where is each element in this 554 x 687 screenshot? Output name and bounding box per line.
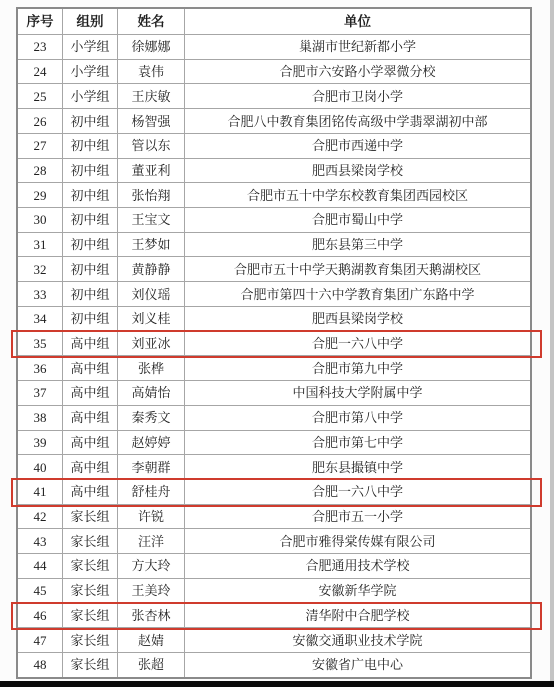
cell-group: 初中组 <box>62 257 117 281</box>
cell-group: 家长组 <box>62 554 117 578</box>
cell-name: 李朝群 <box>117 455 184 479</box>
table-row: 28初中组董亚利肥西县梁岗学校 <box>18 158 530 183</box>
table-header-row: 序号 组别 姓名 单位 <box>18 9 530 34</box>
cell-name: 王梦如 <box>117 233 184 257</box>
cell-group: 高中组 <box>62 480 117 504</box>
cell-name: 董亚利 <box>117 159 184 183</box>
table-row: 26初中组杨智强合肥八中教育集团铭传高级中学翡翠湖初中部 <box>18 108 530 133</box>
cell-group: 初中组 <box>62 109 117 133</box>
cell-unit: 合肥市第八中学 <box>184 406 530 430</box>
table-row: 30初中组王宝文合肥市蜀山中学 <box>18 207 530 232</box>
cell-group: 小学组 <box>62 60 117 84</box>
cell-name: 高婧怡 <box>117 381 184 405</box>
cell-unit: 合肥市五十中学东校教育集团西园校区 <box>184 183 530 207</box>
cell-unit: 安徽新华学院 <box>184 579 530 603</box>
table-row: 39高中组赵婷婷合肥市第七中学 <box>18 430 530 455</box>
cell-name: 王宝文 <box>117 208 184 232</box>
table-row: 38高中组秦秀文合肥市第八中学 <box>18 405 530 430</box>
cell-name: 徐娜娜 <box>117 35 184 59</box>
table-row: 31初中组王梦如肥东县第三中学 <box>18 232 530 257</box>
cell-group: 高中组 <box>62 406 117 430</box>
cell-group: 家长组 <box>62 653 117 677</box>
table-row-highlighted: 41高中组舒桂舟合肥一六八中学 <box>18 479 530 504</box>
cell-number: 26 <box>18 109 62 133</box>
cell-group: 高中组 <box>62 455 117 479</box>
table-row: 36高中组张桦合肥市第九中学 <box>18 355 530 380</box>
document-page: 序号 组别 姓名 单位 23小学组徐娜娜巢湖市世纪新都小学24小学组袁伟合肥市六… <box>0 0 554 687</box>
cell-name: 张怡翔 <box>117 183 184 207</box>
page-right-edge <box>550 0 554 687</box>
cell-unit: 肥东县撮镇中学 <box>184 455 530 479</box>
table-row: 34初中组刘义桂肥西县梁岗学校 <box>18 306 530 331</box>
cell-number: 41 <box>18 480 62 504</box>
cell-group: 初中组 <box>62 159 117 183</box>
cell-unit: 合肥市六安路小学翠微分校 <box>184 60 530 84</box>
cell-number: 25 <box>18 84 62 108</box>
cell-number: 29 <box>18 183 62 207</box>
roster-table: 序号 组别 姓名 单位 23小学组徐娜娜巢湖市世纪新都小学24小学组袁伟合肥市六… <box>16 7 532 679</box>
cell-number: 45 <box>18 579 62 603</box>
table-row: 32初中组黄静静合肥市五十中学天鹅湖教育集团天鹅湖校区 <box>18 256 530 281</box>
table-row: 33初中组刘仪瑶合肥市第四十六中学教育集团广东路中学 <box>18 281 530 306</box>
table-row: 37高中组高婧怡中国科技大学附属中学 <box>18 380 530 405</box>
cell-unit: 合肥市蜀山中学 <box>184 208 530 232</box>
cell-number: 40 <box>18 455 62 479</box>
column-header-unit: 单位 <box>184 9 530 34</box>
cell-name: 赵婧 <box>117 628 184 652</box>
table-row-highlighted: 46家长组张杏林清华附中合肥学校 <box>18 603 530 628</box>
cell-number: 37 <box>18 381 62 405</box>
cell-number: 47 <box>18 628 62 652</box>
cell-unit: 清华附中合肥学校 <box>184 604 530 628</box>
cell-number: 46 <box>18 604 62 628</box>
cell-unit: 合肥市五一小学 <box>184 505 530 529</box>
cell-number: 33 <box>18 282 62 306</box>
table-row: 27初中组管以东合肥市西递中学 <box>18 133 530 158</box>
table-row: 45家长组王美玲安徽新华学院 <box>18 578 530 603</box>
cell-name: 汪洋 <box>117 529 184 553</box>
cell-number: 43 <box>18 529 62 553</box>
cell-unit: 合肥市卫岗小学 <box>184 84 530 108</box>
cell-group: 家长组 <box>62 579 117 603</box>
cell-name: 张杏林 <box>117 604 184 628</box>
cell-name: 王庆敏 <box>117 84 184 108</box>
cell-group: 小学组 <box>62 35 117 59</box>
cell-name: 杨智强 <box>117 109 184 133</box>
cell-unit: 合肥八中教育集团铭传高级中学翡翠湖初中部 <box>184 109 530 133</box>
table-row-highlighted: 35高中组刘亚冰合肥一六八中学 <box>18 331 530 356</box>
table-row: 43家长组汪洋合肥市雅得棠传媒有限公司 <box>18 528 530 553</box>
cell-group: 初中组 <box>62 233 117 257</box>
cell-name: 张桦 <box>117 356 184 380</box>
cell-group: 家长组 <box>62 604 117 628</box>
cell-group: 初中组 <box>62 307 117 331</box>
cell-group: 家长组 <box>62 628 117 652</box>
cell-unit: 合肥市第七中学 <box>184 431 530 455</box>
cell-number: 30 <box>18 208 62 232</box>
cell-number: 27 <box>18 134 62 158</box>
cell-name: 赵婷婷 <box>117 431 184 455</box>
cell-number: 48 <box>18 653 62 677</box>
cell-name: 方大玲 <box>117 554 184 578</box>
cell-number: 35 <box>18 332 62 356</box>
cell-unit: 合肥市雅得棠传媒有限公司 <box>184 529 530 553</box>
cell-name: 黄静静 <box>117 257 184 281</box>
cell-name: 舒桂舟 <box>117 480 184 504</box>
cell-group: 初中组 <box>62 208 117 232</box>
cell-name: 刘义桂 <box>117 307 184 331</box>
cell-name: 许锐 <box>117 505 184 529</box>
column-header-name: 姓名 <box>117 9 184 34</box>
cell-number: 39 <box>18 431 62 455</box>
cell-group: 家长组 <box>62 505 117 529</box>
cell-name: 王美玲 <box>117 579 184 603</box>
cell-unit: 合肥市西递中学 <box>184 134 530 158</box>
cell-group: 家长组 <box>62 529 117 553</box>
cell-unit: 中国科技大学附属中学 <box>184 381 530 405</box>
cell-number: 44 <box>18 554 62 578</box>
cell-number: 28 <box>18 159 62 183</box>
column-header-number: 序号 <box>18 9 62 34</box>
cell-unit: 合肥市第九中学 <box>184 356 530 380</box>
cell-number: 42 <box>18 505 62 529</box>
cell-name: 管以东 <box>117 134 184 158</box>
cell-group: 高中组 <box>62 431 117 455</box>
table-row: 48家长组张超安徽省广电中心 <box>18 652 530 677</box>
cell-group: 高中组 <box>62 332 117 356</box>
cell-group: 高中组 <box>62 381 117 405</box>
cell-unit: 安徽省广电中心 <box>184 653 530 677</box>
cell-number: 32 <box>18 257 62 281</box>
table-row: 29初中组张怡翔合肥市五十中学东校教育集团西园校区 <box>18 182 530 207</box>
table-row: 44家长组方大玲合肥通用技术学校 <box>18 553 530 578</box>
cell-unit: 合肥通用技术学校 <box>184 554 530 578</box>
cell-number: 23 <box>18 35 62 59</box>
cell-name: 秦秀文 <box>117 406 184 430</box>
cell-number: 31 <box>18 233 62 257</box>
cell-group: 小学组 <box>62 84 117 108</box>
cell-unit: 巢湖市世纪新都小学 <box>184 35 530 59</box>
table-row: 24小学组袁伟合肥市六安路小学翠微分校 <box>18 59 530 84</box>
cell-unit: 合肥市第四十六中学教育集团广东路中学 <box>184 282 530 306</box>
cell-name: 袁伟 <box>117 60 184 84</box>
cell-name: 刘仪瑶 <box>117 282 184 306</box>
cell-unit: 安徽交通职业技术学院 <box>184 628 530 652</box>
cell-group: 初中组 <box>62 282 117 306</box>
cell-unit: 合肥一六八中学 <box>184 480 530 504</box>
table-body: 23小学组徐娜娜巢湖市世纪新都小学24小学组袁伟合肥市六安路小学翠微分校25小学… <box>18 34 530 677</box>
cell-name: 刘亚冰 <box>117 332 184 356</box>
cell-unit: 肥东县第三中学 <box>184 233 530 257</box>
cell-unit: 肥西县梁岗学校 <box>184 159 530 183</box>
table-row: 47家长组赵婧安徽交通职业技术学院 <box>18 627 530 652</box>
table-row: 42家长组许锐合肥市五一小学 <box>18 504 530 529</box>
cell-unit: 肥西县梁岗学校 <box>184 307 530 331</box>
cell-number: 34 <box>18 307 62 331</box>
table-row: 40高中组李朝群肥东县撮镇中学 <box>18 454 530 479</box>
cell-unit: 合肥市五十中学天鹅湖教育集团天鹅湖校区 <box>184 257 530 281</box>
cell-number: 38 <box>18 406 62 430</box>
cell-group: 初中组 <box>62 134 117 158</box>
page-bottom-bar <box>0 681 554 687</box>
cell-name: 张超 <box>117 653 184 677</box>
cell-unit: 合肥一六八中学 <box>184 332 530 356</box>
cell-group: 初中组 <box>62 183 117 207</box>
cell-group: 高中组 <box>62 356 117 380</box>
table-row: 25小学组王庆敏合肥市卫岗小学 <box>18 83 530 108</box>
column-header-group: 组别 <box>62 9 117 34</box>
table-row: 23小学组徐娜娜巢湖市世纪新都小学 <box>18 34 530 59</box>
cell-number: 24 <box>18 60 62 84</box>
cell-number: 36 <box>18 356 62 380</box>
